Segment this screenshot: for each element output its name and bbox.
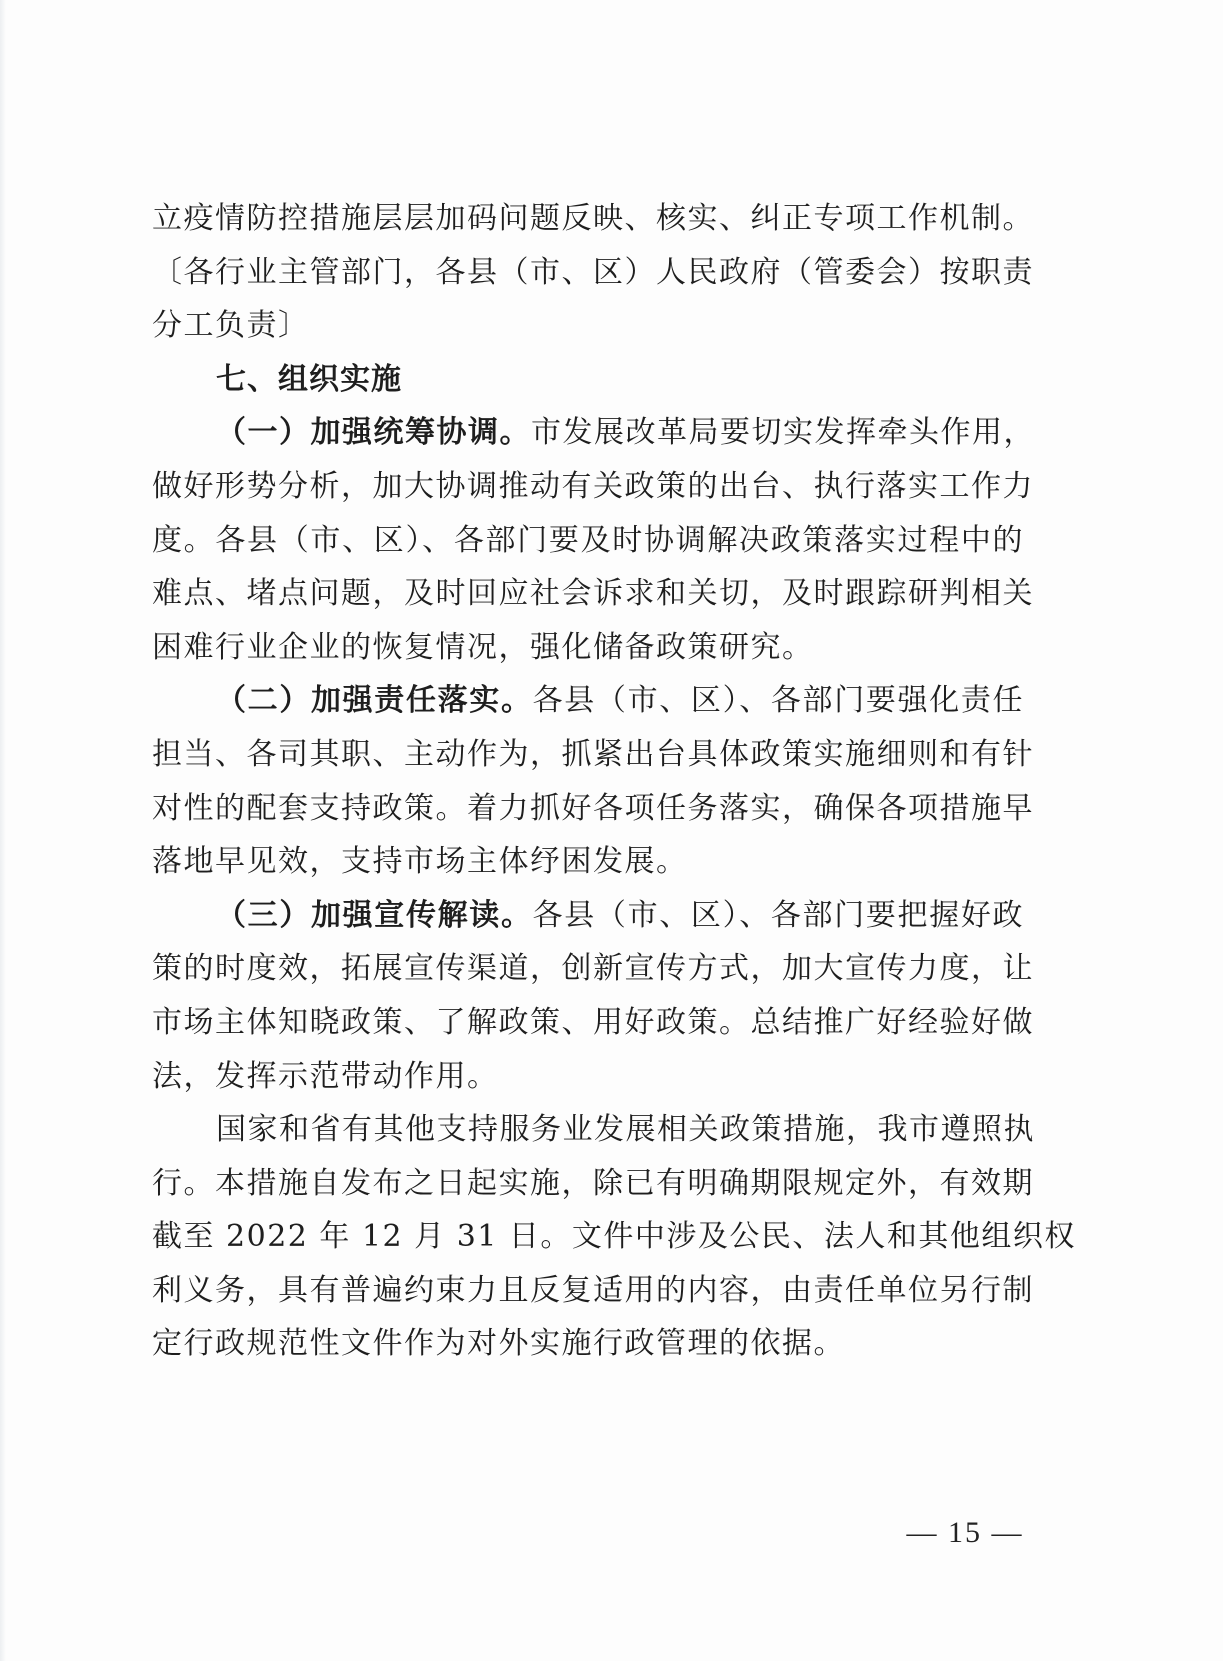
subsection-first-line: （一）加强统筹协调。市发展改革局要切实发挥牵头作用， xyxy=(152,406,1024,460)
page-number: — 15 — xyxy=(900,1516,1030,1550)
text-line: 法，发挥示范带动作用。 xyxy=(152,1050,1024,1104)
text-line: 立疫情防控措施层层加码问题反映、核实、纠正专项工作机制。 xyxy=(152,192,1024,246)
subsection-text: 各县（市、区）、各部门要强化责任 xyxy=(533,683,1024,718)
scan-edge-shadow xyxy=(0,0,6,1661)
subsection-text: 市发展改革局要切实发挥牵头作用， xyxy=(531,415,1035,450)
text-line: 难点、堵点问题，及时回应社会诉求和关切，及时跟踪研判相关 xyxy=(152,567,1024,621)
section-heading: 七、组织实施 xyxy=(152,353,1024,407)
text-line: 策的时度效，拓展宣传渠道，创新宣传方式，加大宣传力度，让 xyxy=(152,942,1024,996)
subsection-title: （三）加强宣传解读。 xyxy=(216,898,533,933)
subsection-title: （一）加强统筹协调。 xyxy=(216,415,531,450)
text-line: 行。本措施自发布之日起实施，除已有明确期限规定外，有效期 xyxy=(152,1157,1024,1211)
text-line: 定行政规范性文件作为对外实施行政管理的依据。 xyxy=(152,1317,1024,1371)
closing-first-line: 国家和省有其他支持服务业发展相关政策措施，我市遵照执 xyxy=(152,1103,1024,1157)
text-line: 担当、各司其职、主动作为，抓紧出台具体政策实施细则和有针 xyxy=(152,728,1024,782)
document-body: 立疫情防控措施层层加码问题反映、核实、纠正专项工作机制。 〔各行业主管部门，各县… xyxy=(152,192,1024,1371)
document-page: 立疫情防控措施层层加码问题反映、核实、纠正专项工作机制。 〔各行业主管部门，各县… xyxy=(0,0,1223,1661)
subsection-first-line: （二）加强责任落实。各县（市、区）、各部门要强化责任 xyxy=(152,674,1024,728)
text-line: 分工负责〕 xyxy=(152,299,1024,353)
text-line: 利义务，具有普遍约束力且反复适用的内容，由责任单位另行制 xyxy=(152,1264,1024,1318)
text-line: 截至 2022 年 12 月 31 日。文件中涉及公民、法人和其他组织权 xyxy=(152,1210,1024,1264)
text-line: 市场主体知晓政策、了解政策、用好政策。总结推广好经验好做 xyxy=(152,996,1024,1050)
text-line: 困难行业企业的恢复情况，强化储备政策研究。 xyxy=(152,621,1024,675)
subsection-first-line: （三）加强宣传解读。各县（市、区）、各部门要把握好政 xyxy=(152,889,1024,943)
text-line: 对性的配套支持政策。着力抓好各项任务落实，确保各项措施早 xyxy=(152,782,1024,836)
subsection-title: （二）加强责任落实。 xyxy=(216,683,533,718)
text-line: 〔各行业主管部门，各县（市、区）人民政府（管委会）按职责 xyxy=(152,246,1024,300)
text-line: 落地早见效，支持市场主体纾困发展。 xyxy=(152,835,1024,889)
subsection-text: 各县（市、区）、各部门要把握好政 xyxy=(533,898,1024,933)
text-line: 度。各县（市、区）、各部门要及时协调解决政策落实过程中的 xyxy=(152,514,1024,568)
text-line: 做好形势分析，加大协调推动有关政策的出台、执行落实工作力 xyxy=(152,460,1024,514)
